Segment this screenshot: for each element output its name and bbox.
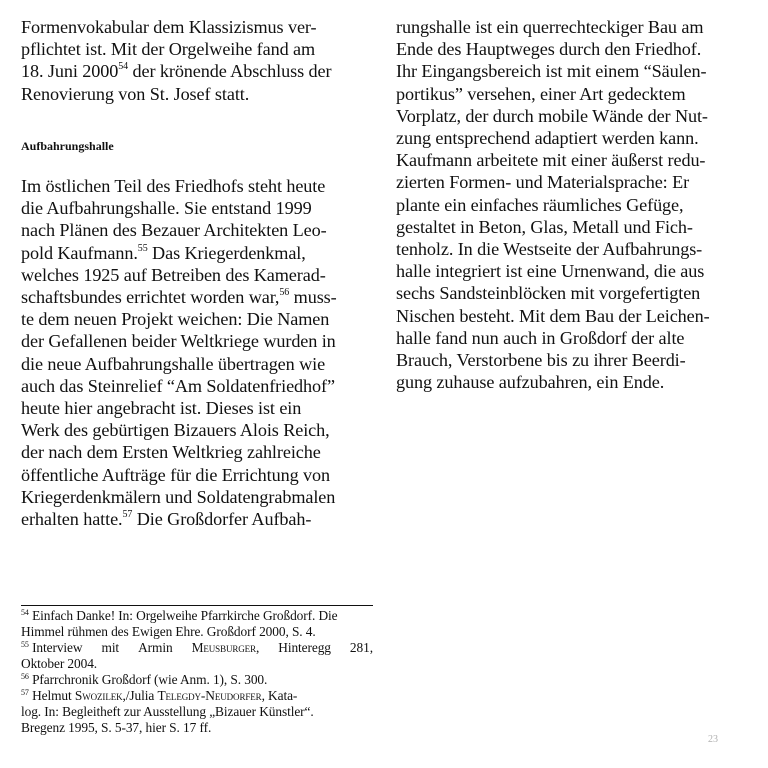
text-line: 18. Juni 200054 der krönende Abschluss d…: [21, 60, 376, 82]
text-line: Im östlichen Teil des Friedhofs steht he…: [21, 175, 376, 197]
text-line: halle fand nun auch in Großdorf der alte: [396, 327, 746, 349]
author-name: Swozilek: [75, 688, 123, 703]
text-line: te dem neuen Projekt weichen: Die Namen: [21, 308, 376, 330]
left-column-intro: Formenvokabular dem Klassizismus ver- pf…: [21, 16, 376, 105]
text-line: zung entsprechend adaptiert werden kann.: [396, 127, 746, 149]
footnote-line: 56 Pfarrchronik Großdorf (wie Anm. 1), S…: [21, 672, 373, 688]
footnote-word: Hinteregg: [278, 640, 331, 656]
footnote-line: 54 Einfach Danke! In: Orgelweihe Pfarrki…: [21, 608, 373, 624]
text-line: gestaltet in Beton, Glas, Metall und Fic…: [396, 216, 746, 238]
footnote-text: 55 Interview: [21, 640, 82, 656]
footnote-ref-54[interactable]: 54: [118, 61, 128, 72]
footnote-56: 56 Pfarrchronik Großdorf (wie Anm. 1), S…: [21, 672, 373, 688]
text-line: heute hier angebracht ist. Dieses ist ei…: [21, 397, 376, 419]
text-line: gung zuhause aufzubahren, ein Ende.: [396, 371, 746, 393]
text-line: auch das Steinrelief “Am Soldatenfriedho…: [21, 375, 376, 397]
text-span: der krönende Abschluss der: [128, 61, 331, 81]
text-line: Nischen besteht. Mit dem Bau der Leichen…: [396, 305, 746, 327]
author-name: Telegdy-Neudorfer: [157, 688, 261, 703]
text-line: Renovierung von St. Josef statt.: [21, 83, 376, 105]
footnote-line: Bregenz 1995, S. 5-37, hier S. 17 ff.: [21, 720, 373, 736]
footnote-number: 56: [21, 672, 29, 681]
footnote-54: 54 Einfach Danke! In: Orgelweihe Pfarrki…: [21, 608, 373, 640]
text-line: Werk des gebürtigen Bizauers Alois Reich…: [21, 419, 376, 441]
text-line: nach Plänen des Bezauer Architekten Leo-: [21, 219, 376, 241]
text-line: plante ein einfaches räumliches Gefüge,: [396, 194, 746, 216]
footnote-line: Himmel rühmen des Ewigen Ehre. Großdorf …: [21, 624, 373, 640]
footnote-line: Oktober 2004.: [21, 656, 373, 672]
footnote-word: Armin: [138, 640, 172, 656]
text-line: zierten Formen- und Materialsprache: Er: [396, 171, 746, 193]
footnote-ref-55[interactable]: 55: [138, 243, 148, 254]
text-line: erhalten hatte.57 Die Großdorfer Aufbah-: [21, 508, 376, 530]
footnote-separator: [21, 605, 373, 606]
footnote-text: Helmut: [32, 688, 75, 703]
footnote-57: 57 Helmut Swozilek,/Julia Telegdy-Neudor…: [21, 688, 373, 736]
text-span: schaftsbundes errichtet worden war,: [21, 287, 279, 307]
footnote-ref-56[interactable]: 56: [279, 287, 289, 298]
text-line: Brauch, Verstorbene bis zu ihrer Beerdi-: [396, 349, 746, 371]
footnote-word: mit: [102, 640, 120, 656]
section-heading: Aufbahrungshalle: [21, 139, 114, 154]
text-line: pflichtet ist. Mit der Orgelweihe fand a…: [21, 38, 376, 60]
text-line: schaftsbundes errichtet worden war,56 mu…: [21, 286, 376, 308]
text-line: welches 1925 auf Betreiben des Kamerad-: [21, 264, 376, 286]
text-line: sechs Sandsteinblöcken mit vorgefertigte…: [396, 282, 746, 304]
text-line: Kaufmann arbeitete mit einer äußerst red…: [396, 149, 746, 171]
footnote-text: Pfarrchronik Großdorf (wie Anm. 1), S. 3…: [32, 672, 267, 687]
text-span: erhalten hatte.: [21, 509, 123, 529]
text-line: die Aufbahrungshalle. Sie entstand 1999: [21, 197, 376, 219]
footnote-text: Einfach Danke! In: Orgelweihe Pfarrkirch…: [32, 608, 337, 623]
text-line: Ende des Hauptweges durch den Friedhof.: [396, 38, 746, 60]
text-line: pold Kaufmann.55 Das Kriegerdenkmal,: [21, 242, 376, 264]
page-number: 23: [708, 734, 718, 745]
text-span: pold Kaufmann.: [21, 243, 138, 263]
text-line: portikus” versehen, einer Art gedecktem: [396, 83, 746, 105]
footnote-number: 57: [21, 688, 29, 697]
text-line: rungshalle ist ein querrechteckiger Bau …: [396, 16, 746, 38]
footnote-text: ,/Julia: [123, 688, 158, 703]
footnote-text: , Kata-: [262, 688, 298, 703]
right-column-body: rungshalle ist ein querrechteckiger Bau …: [396, 16, 746, 393]
footnote-number: 54: [21, 608, 29, 617]
text-span: Die Großdorfer Aufbah-: [132, 509, 311, 529]
text-line: der nach dem Ersten Weltkrieg zahlreiche: [21, 441, 376, 463]
footnote-line: 55 Interview mit Armin Meusburger, Hinte…: [21, 640, 373, 656]
text-line: die neue Aufbahrungshalle übertragen wie: [21, 353, 376, 375]
footnote-line: 57 Helmut Swozilek,/Julia Telegdy-Neudor…: [21, 688, 373, 704]
footnotes: 54 Einfach Danke! In: Orgelweihe Pfarrki…: [21, 608, 373, 736]
left-column-body: Im östlichen Teil des Friedhofs steht he…: [21, 175, 376, 530]
text-line: Vorplatz, der durch mobile Wände der Nut…: [396, 105, 746, 127]
text-line: Ihr Eingangsbereich ist mit einem “Säule…: [396, 60, 746, 82]
text-line: halle integriert ist eine Urnenwand, die…: [396, 260, 746, 282]
author-name: Meusburger,: [192, 640, 260, 656]
text-line: der Gefallenen beider Weltkriege wurden …: [21, 330, 376, 352]
text-line: tenholz. In die Westseite der Aufbahrung…: [396, 238, 746, 260]
text-span: 18. Juni 2000: [21, 61, 118, 81]
text-span: muss-: [289, 287, 336, 307]
text-line: Kriegerdenkmälern und Soldatengrabmalen: [21, 486, 376, 508]
footnote-word: Interview: [32, 640, 82, 655]
footnote-55: 55 Interview mit Armin Meusburger, Hinte…: [21, 640, 373, 672]
text-span: Das Kriegerdenkmal,: [148, 243, 306, 263]
footnote-ref-57[interactable]: 57: [123, 509, 133, 520]
footnote-word: 281,: [350, 640, 373, 656]
footnote-line: log. In: Begleitheft zur Ausstellung „Bi…: [21, 704, 373, 720]
footnote-number: 55: [21, 640, 29, 649]
text-line: öffentliche Aufträge für die Errichtung …: [21, 464, 376, 486]
text-line: Formenvokabular dem Klassizismus ver-: [21, 16, 376, 38]
